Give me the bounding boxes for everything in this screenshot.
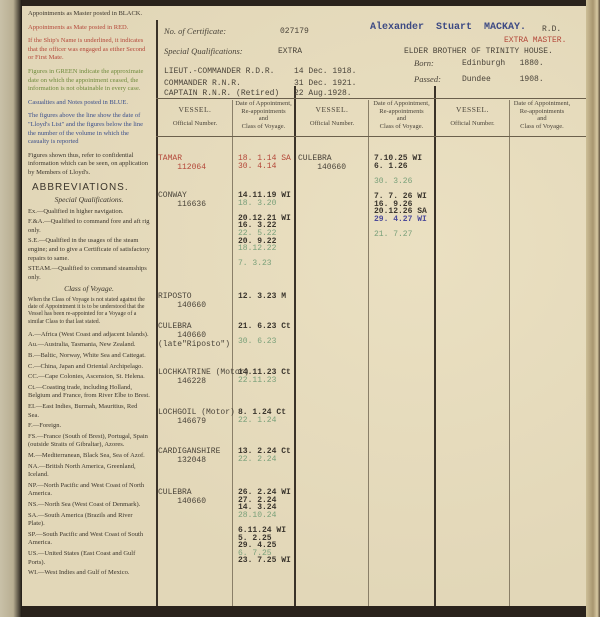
header-date-1: Date of Appointment,Re-appointmentsandCl… — [233, 100, 294, 130]
voyage-class-item: NP.—North Pacific and West Coast of Nort… — [28, 482, 150, 499]
special-qualifications-label: Special Qualifications: — [164, 46, 243, 56]
certificate-no-label: No. of Certificate: — [164, 26, 226, 36]
appointment-date: 18.12.22 — [238, 244, 276, 253]
vessel-entry: CULEBRA 140660 (late"Riposto") — [158, 322, 230, 349]
passed-label: Passed: — [414, 74, 441, 84]
legend-underline: If the Ship's Name is underlined, it ind… — [28, 37, 150, 63]
header-vessel-2: VESSEL. Official Number. — [296, 106, 368, 127]
appointment-date: 23. 7.25 WI — [238, 556, 291, 565]
legend-blue-detail: The figures above the line show the date… — [28, 112, 150, 146]
appointment-date: 21. 6.23 Ct — [238, 322, 291, 331]
rank-3-date: 22 Aug.1928. — [294, 89, 352, 98]
rule-header-top — [156, 98, 588, 99]
person-name: Alexander Stuart MACKAY. — [370, 22, 526, 33]
vessel-entry: RIPOSTO 140660 — [158, 292, 206, 310]
rule-date2 — [368, 100, 369, 606]
certificate-no-value: 027179 — [280, 27, 309, 36]
legend-black: Appointments as Master posted in BLACK. — [28, 10, 150, 19]
rank-3: CAPTAIN R.N.R. (Retired) — [164, 89, 279, 98]
register-page: Appointments as Master posted in BLACK. … — [22, 6, 588, 606]
special-qualification-item: F.&A.—Qualified to command fore and aft … — [28, 218, 150, 235]
header-vessel-3: VESSEL. Official Number. — [436, 106, 509, 127]
voyage-class-item: SP.—South Pacific and West Coast of Sout… — [28, 531, 150, 548]
voyage-class-item: M.—Mediterranean, Black Sea, Sea of Azof… — [28, 452, 150, 461]
voyage-class-item: SA.—South America (Brazils and River Pla… — [28, 512, 150, 529]
voyage-class-item: Ct.—Coasting trade, including Holland, B… — [28, 384, 150, 401]
voyage-class-item: FS.—France (South of Brest), Portugal, S… — [28, 433, 150, 450]
abbreviations-title: ABBREVIATIONS. — [32, 184, 150, 193]
person-suffix: R.D. — [542, 25, 561, 34]
appointment-date: 6. 1.26 — [374, 162, 408, 171]
voyage-class-item: EI.—East Indies, Burmah, Mauritius, Red … — [28, 403, 150, 420]
voyage-class-item: A.—Africa (West Coast and adjacent Islan… — [28, 331, 150, 340]
vessel-entry: CULEBRA 140660 — [158, 488, 206, 506]
born-value: Edinburgh 1880. — [462, 59, 544, 68]
legend-column: Appointments as Master posted in BLACK. … — [22, 6, 154, 606]
appointment-date: 7. 3.23 — [238, 259, 272, 268]
vessel-entry: CULEBRA 140660 — [298, 154, 346, 172]
appointment-date: 18. 3.20 — [238, 199, 276, 208]
rule-header-bottom — [156, 136, 588, 137]
voyage-class-item: CC.—Cape Colonies, Ascension, St. Helena… — [28, 373, 150, 382]
appointment-date: 30. 6.23 — [238, 337, 276, 346]
voyage-class-item: US.—United States (East Coast and Gulf P… — [28, 550, 150, 567]
vessel-entry: LOCHGOIL (Motor) 146679 — [158, 408, 235, 426]
class-of-voyage-title: Class of Voyage. — [28, 285, 150, 294]
appointment-date: 30. 3.26 — [374, 177, 412, 186]
special-qualification-item: Ex.—Qualified in higher navigation. — [28, 208, 150, 217]
voyage-class-item: NA.—British North America, Greenland, Ic… — [28, 463, 150, 480]
legend-green: Figures in GREEN indicate the approximat… — [28, 68, 150, 94]
special-qualifications-title: Special Qualifications. — [28, 196, 150, 205]
appointment-date: 22. 1.24 — [238, 416, 276, 425]
header-date-3: Date of Appointment,Re-appointmentsandCl… — [510, 100, 574, 130]
vessel-entry: LOCHKATRINE (Motor) 146228 — [158, 368, 249, 386]
rule-mid — [294, 86, 296, 606]
appointment-date: 28.10.24 — [238, 511, 276, 520]
special-qualifications-list: Ex.—Qualified in higher navigation.F.&A.… — [28, 208, 150, 283]
voyage-class-item: F.—Foreign. — [28, 422, 150, 431]
appointment-date: 22. 2.24 — [238, 455, 276, 464]
rank-1-date: 14 Dec. 1918. — [294, 67, 356, 76]
voyage-class-item: Au.—Australia, Tasmania, New Zealand. — [28, 341, 150, 350]
person-title: ELDER BROTHER OF TRINITY HOUSE. — [404, 47, 553, 56]
rank-1: LIEUT.-COMMANDER R.D.R. — [164, 67, 274, 76]
vessel-entry: TAMAR 112064 — [158, 154, 206, 172]
legend-red: Appointments as Mate posted in RED. — [28, 24, 150, 33]
voyage-note: When the Class of Voyage is not stated a… — [28, 297, 150, 326]
legend-confidential: Figures shown thus, refer to confidentia… — [28, 152, 150, 178]
appointment-date: 22.11.23 — [238, 376, 276, 385]
person-grade: EXTRA MASTER. — [504, 36, 566, 45]
special-qualification-item: S.E.—Qualified in the usages of the stea… — [28, 237, 150, 263]
voyage-class-item: C.—China, Japan and Oriental Archipelago… — [28, 363, 150, 372]
appointment-date: 21. 7.27 — [374, 230, 412, 239]
header-vessel-1: VESSEL. Official Number. — [158, 106, 232, 127]
appointment-date: 30. 4.14 — [238, 162, 276, 171]
born-label: Born: — [414, 58, 434, 68]
page-edge — [586, 0, 600, 617]
rule-right — [434, 86, 436, 606]
voyage-class-item: WI.—West Indies and Gulf of Mexico. — [28, 569, 150, 578]
voyage-class-item: B.—Baltic, Norway, White Sea and Cattega… — [28, 352, 150, 361]
header-date-2: Date of Appointment,Re-appointmentsandCl… — [369, 100, 434, 130]
appointment-date: 29. 4.27 WI — [374, 215, 427, 224]
class-of-voyage-list: A.—Africa (West Coast and adjacent Islan… — [28, 331, 150, 578]
appointment-date: 12. 3.23 M — [238, 292, 286, 301]
special-qualification-item: STEAM.—Qualified to command steamships o… — [28, 265, 150, 282]
rule-date3 — [509, 100, 510, 606]
special-qualifications-value: EXTRA — [278, 47, 302, 56]
vessel-entry: CONWAY 116636 — [158, 191, 206, 209]
rule-date1 — [232, 100, 233, 606]
rank-2-date: 31 Dec. 1921. — [294, 79, 356, 88]
legend-blue: Casualties and Notes posted in BLUE. — [28, 99, 150, 108]
vessel-entry: CARDIGANSHIRE 132048 — [158, 447, 220, 465]
book-spine — [0, 0, 22, 617]
passed-value: Dundee 1908. — [462, 75, 544, 84]
rank-2: COMMANDER R.N.R. — [164, 79, 241, 88]
voyage-class-item: NS.—North Sea (West Coast of Denmark). — [28, 501, 150, 510]
